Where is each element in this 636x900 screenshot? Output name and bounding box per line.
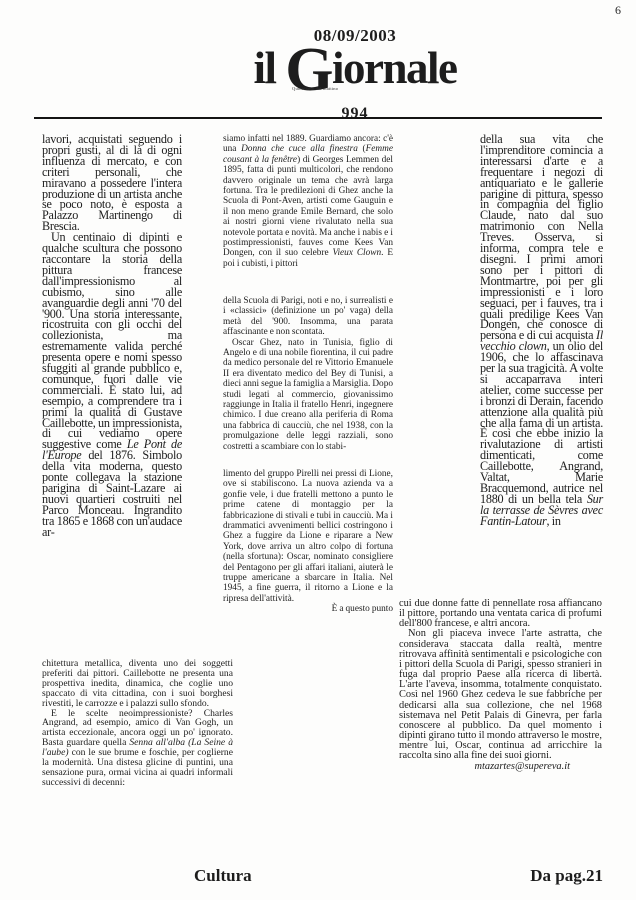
- text-segment: (: [358, 144, 366, 154]
- article-column-2-bottom: limento del gruppo Pirelli nei pressi di…: [223, 469, 393, 615]
- text-segment: Un centinaio di dipinti e qualche scultu…: [42, 230, 182, 451]
- article-column-1-top: lavori, acquistati seguendo i propri gus…: [42, 134, 182, 538]
- text-segment: lavori, acquistati seguendo i propri gus…: [42, 132, 182, 233]
- text-segment: È a questo punto: [332, 604, 393, 614]
- article-column-1-bottom: chitettura metallica, diventa uno dei so…: [42, 659, 233, 788]
- text-segment: ) di Georges Lemmen del 1895, fatta di p…: [223, 155, 393, 259]
- text-segment: mtazartes@supereva.it: [475, 761, 570, 772]
- article-column-2-middle: della Scuola di Parigi, noti e no, i sur…: [223, 296, 393, 452]
- text-segment: Oscar Ghez, nato in Tunisia, figlio di A…: [223, 338, 393, 452]
- edition-number: 994: [75, 105, 635, 123]
- masthead-tagline: Quotidiano del mattino: [292, 86, 362, 91]
- text-segment: , in: [547, 514, 561, 528]
- paragraph: Un centinaio di dipinti e qualche scultu…: [42, 232, 182, 537]
- paragraph: Oscar Ghez, nato in Tunisia, figlio di A…: [223, 338, 393, 452]
- footer-page-reference: Da pag.21: [530, 866, 603, 886]
- text-segment: limento del gruppo Pirelli nei pressi di…: [223, 469, 393, 604]
- text-segment: della Scuola di Parigi, noti e no, i sur…: [223, 296, 393, 337]
- text-segment: chitettura metallica, diventa uno dei so…: [42, 658, 233, 709]
- paragraph: della sua vita che l'imprenditore cominc…: [480, 134, 603, 527]
- article-column-2-top: siamo infatti nel 1889. Guardiamo ancora…: [223, 134, 393, 269]
- masthead-prefix: il: [254, 43, 286, 93]
- paragraph: E le scelte neoimpressioniste? Charles A…: [42, 709, 233, 788]
- paragraph: mtazartes@supereva.it: [399, 762, 602, 772]
- masthead-initial: G: [285, 36, 332, 104]
- paragraph: siamo infatti nel 1889. Guardiamo ancora…: [223, 134, 393, 269]
- header-rule-divider: [34, 117, 602, 119]
- italic-text-segment: Vieux Clown: [332, 248, 381, 258]
- text-segment: del 1876. Simbolo della vita moderna, qu…: [42, 448, 182, 538]
- footer-section-label: Cultura: [194, 866, 252, 886]
- text-segment: della sua vita che l'imprenditore cominc…: [480, 132, 603, 342]
- paragraph: della Scuola di Parigi, noti e no, i sur…: [223, 296, 393, 338]
- article-column-3-bottom: cui due donne fatte di pennellate rosa a…: [399, 599, 602, 772]
- text-segment: con le sue brume e foschie, per cogliern…: [42, 747, 233, 788]
- paragraph: chitettura metallica, diventa uno dei so…: [42, 659, 233, 709]
- paragraph: lavori, acquistati seguendo i propri gus…: [42, 134, 182, 232]
- text-segment: Non gli piaceva invece l'arte astratta, …: [399, 628, 602, 761]
- paragraph: Non gli piaceva invece l'arte astratta, …: [399, 629, 602, 761]
- newspaper-header: 08/09/2003 il Giornale 994: [75, 26, 635, 123]
- paragraph: limento del gruppo Pirelli nei pressi di…: [223, 469, 393, 604]
- paragraph: cui due donne fatte di pennellate rosa a…: [399, 599, 602, 629]
- text-segment: , un olio del 1906, che lo affascinava p…: [480, 339, 603, 506]
- paragraph: È a questo punto: [223, 604, 393, 614]
- newspaper-page-scan: 6 08/09/2003 il Giornale 994 Quotidiano …: [0, 0, 636, 900]
- text-segment: cui due donne fatte di pennellate rosa a…: [399, 598, 602, 629]
- italic-text-segment: Donna che cuce alla finestra: [241, 144, 358, 154]
- article-column-3-top: della sua vita che l'imprenditore cominc…: [480, 134, 603, 527]
- scan-page-number: 6: [615, 3, 621, 18]
